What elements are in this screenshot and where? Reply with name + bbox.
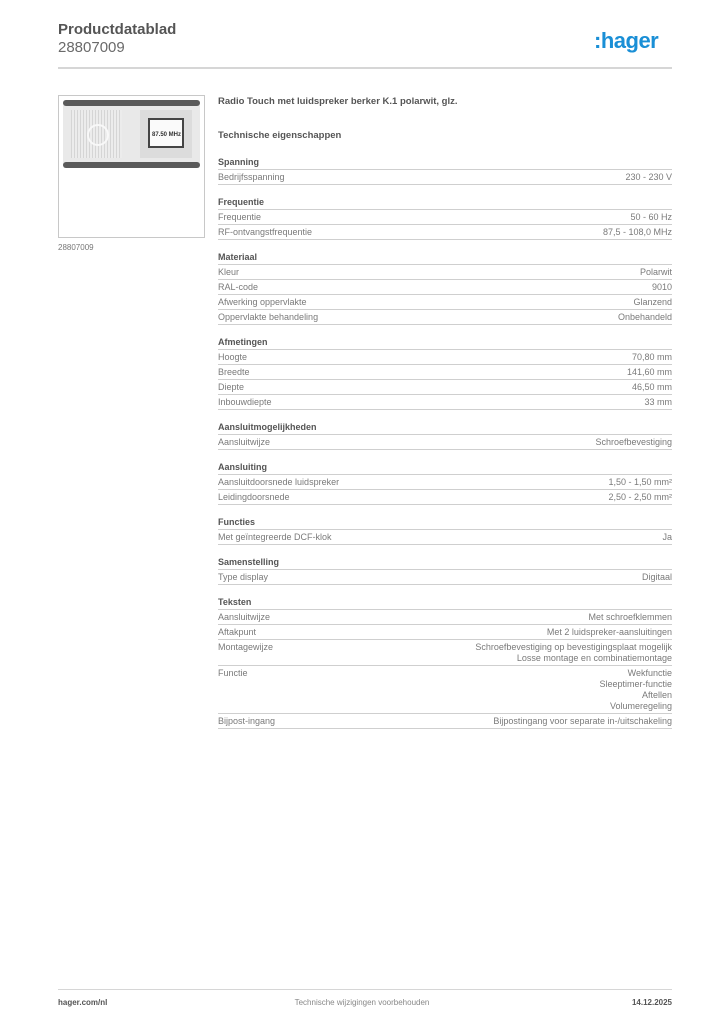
spec-value-line: Met schroefklemmen — [588, 612, 672, 623]
radio-unit-icon: 87.50 MHz — [140, 110, 192, 158]
spec-label: Aansluitwijze — [218, 612, 270, 623]
product-number: 28807009 — [58, 39, 125, 57]
speaker-grille-icon — [71, 110, 122, 158]
spec-value: 33 mm — [644, 397, 672, 408]
spec-label: Bedrijfsspanning — [218, 172, 285, 183]
spec-row: AansluitwijzeMet schroefklemmen — [218, 610, 672, 625]
spec-value-line: 70,80 mm — [632, 352, 672, 363]
spec-value-line: Polarwit — [640, 267, 672, 278]
spec-group-heading: Functies — [218, 515, 672, 530]
spec-row: Breedte141,60 mm — [218, 365, 672, 380]
header-divider — [58, 67, 672, 69]
spec-value-line: 1,50 - 1,50 mm² — [608, 477, 672, 488]
spec-value-line: 9010 — [652, 282, 672, 293]
spec-label: RF-ontvangstfrequentie — [218, 227, 312, 238]
spec-label: Aansluitdoorsnede luidspreker — [218, 477, 339, 488]
spec-value: WekfunctieSleeptimer-functieAftellenVolu… — [599, 668, 672, 712]
spec-label: Inbouwdiepte — [218, 397, 272, 408]
spec-value-line: Met 2 luidspreker-aansluitingen — [547, 627, 672, 638]
spec-row: Bijpost-ingangBijpostingang voor separat… — [218, 714, 672, 729]
spec-value-line: Aftellen — [599, 690, 672, 701]
spec-value: 70,80 mm — [632, 352, 672, 363]
spec-value-line: Sleeptimer-functie — [599, 679, 672, 690]
radio-display-frequency: 87.50 MHz — [152, 132, 181, 138]
speaker-ring-icon — [87, 124, 109, 146]
spec-value: Met 2 luidspreker-aansluitingen — [547, 627, 672, 638]
spec-value-line: 50 - 60 Hz — [630, 212, 672, 223]
spec-label: Met geïntegreerde DCF-klok — [218, 532, 332, 543]
spec-value-line: Losse montage en combinatiemontage — [475, 653, 672, 664]
hager-logo: :hager — [594, 29, 658, 53]
spec-value-line: 2,50 - 2,50 mm² — [608, 492, 672, 503]
spec-group-heading: Afmetingen — [218, 335, 672, 350]
spec-label: Aftakpunt — [218, 627, 256, 638]
spec-row: RF-ontvangstfrequentie87,5 - 108,0 MHz — [218, 225, 672, 240]
spec-value: 230 - 230 V — [625, 172, 672, 183]
spec-group: MateriaalKleurPolarwitRAL-code9010Afwerk… — [218, 250, 672, 325]
spec-label: Aansluitwijze — [218, 437, 270, 448]
spec-content: Radio Touch met luidspreker berker K.1 p… — [218, 95, 672, 729]
footer-date: 14.12.2025 — [632, 998, 672, 1007]
product-image: 87.50 MHz — [58, 95, 205, 238]
spec-value-line: Ja — [662, 532, 672, 543]
radio-display: 87.50 MHz — [148, 118, 184, 148]
spec-row: Afwerking oppervlakteGlanzend — [218, 295, 672, 310]
spec-row: Bedrijfsspanning230 - 230 V — [218, 170, 672, 185]
spec-value: Onbehandeld — [618, 312, 672, 323]
spec-label: Leidingdoorsnede — [218, 492, 290, 503]
spec-label: Kleur — [218, 267, 239, 278]
spec-label: Oppervlakte behandeling — [218, 312, 318, 323]
spec-value: 2,50 - 2,50 mm² — [608, 492, 672, 503]
spec-label: Bijpost-ingang — [218, 716, 275, 727]
spec-row: RAL-code9010 — [218, 280, 672, 295]
spec-value: Bijpostingang voor separate in-/uitschak… — [493, 716, 672, 727]
spec-group-heading: Materiaal — [218, 250, 672, 265]
spec-label: Montagewijze — [218, 642, 273, 664]
spec-value-line: Digitaal — [642, 572, 672, 583]
spec-group: FunctiesMet geïntegreerde DCF-klokJa — [218, 515, 672, 545]
footer-disclaimer: Technische wijzigingen voorbehouden — [0, 998, 724, 1007]
spec-value: Met schroefklemmen — [588, 612, 672, 623]
spec-value-line: Schroefbevestiging op bevestigingsplaat … — [475, 642, 672, 653]
section-title: Technische eigenschappen — [218, 129, 672, 143]
footer-divider — [58, 989, 672, 990]
spec-row: Leidingdoorsnede2,50 - 2,50 mm² — [218, 490, 672, 505]
spec-label: Diepte — [218, 382, 244, 393]
spec-group: AansluitingAansluitdoorsnede luidspreker… — [218, 460, 672, 505]
spec-value: 9010 — [652, 282, 672, 293]
spec-group-heading: Spanning — [218, 155, 672, 170]
spec-value: Glanzend — [633, 297, 672, 308]
spec-value-line: Volumeregeling — [599, 701, 672, 712]
spec-label: Frequentie — [218, 212, 261, 223]
spec-label: Hoogte — [218, 352, 247, 363]
spec-group: TekstenAansluitwijzeMet schroefklemmenAf… — [218, 595, 672, 729]
spec-value: Digitaal — [642, 572, 672, 583]
spec-label: Functie — [218, 668, 248, 712]
spec-row: AftakpuntMet 2 luidspreker-aansluitingen — [218, 625, 672, 640]
frame-bar-top — [63, 100, 200, 106]
spec-group: FrequentieFrequentie50 - 60 HzRF-ontvang… — [218, 195, 672, 240]
spec-row: FunctieWekfunctieSleeptimer-functieAftel… — [218, 666, 672, 714]
spec-value: Polarwit — [640, 267, 672, 278]
spec-group: AfmetingenHoogte70,80 mmBreedte141,60 mm… — [218, 335, 672, 410]
spec-row: Type displayDigitaal — [218, 570, 672, 585]
spec-value: Schroefbevestiging op bevestigingsplaat … — [475, 642, 672, 664]
spec-value-line: 141,60 mm — [627, 367, 672, 378]
product-image-caption: 28807009 — [58, 243, 94, 252]
spec-group-heading: Frequentie — [218, 195, 672, 210]
spec-label: RAL-code — [218, 282, 258, 293]
spec-value: 87,5 - 108,0 MHz — [603, 227, 672, 238]
spec-group-heading: Teksten — [218, 595, 672, 610]
spec-value-line: 87,5 - 108,0 MHz — [603, 227, 672, 238]
spec-label: Breedte — [218, 367, 250, 378]
spec-value-line: Schroefbevestiging — [595, 437, 672, 448]
spec-groups: SpanningBedrijfsspanning230 - 230 VFrequ… — [218, 155, 672, 729]
spec-value-line: Glanzend — [633, 297, 672, 308]
spec-label: Afwerking oppervlakte — [218, 297, 307, 308]
document-title: Productdatablad — [58, 21, 176, 39]
spec-value-line: 46,50 mm — [632, 382, 672, 393]
spec-row: AansluitwijzeSchroefbevestiging — [218, 435, 672, 450]
spec-row: Met geïntegreerde DCF-klokJa — [218, 530, 672, 545]
spec-value: Ja — [662, 532, 672, 543]
spec-row: KleurPolarwit — [218, 265, 672, 280]
spec-value-line: Bijpostingang voor separate in-/uitschak… — [493, 716, 672, 727]
device-illustration: 87.50 MHz — [63, 100, 200, 168]
spec-group-heading: Aansluitmogelijkheden — [218, 420, 672, 435]
spec-row: Diepte46,50 mm — [218, 380, 672, 395]
spec-value: Schroefbevestiging — [595, 437, 672, 448]
spec-value-line: Onbehandeld — [618, 312, 672, 323]
spec-value: 50 - 60 Hz — [630, 212, 672, 223]
spec-group-heading: Aansluiting — [218, 460, 672, 475]
spec-value: 141,60 mm — [627, 367, 672, 378]
spec-value: 46,50 mm — [632, 382, 672, 393]
spec-value: 1,50 - 1,50 mm² — [608, 477, 672, 488]
spec-label: Type display — [218, 572, 268, 583]
spec-row: Aansluitdoorsnede luidspreker1,50 - 1,50… — [218, 475, 672, 490]
spec-row: Oppervlakte behandelingOnbehandeld — [218, 310, 672, 325]
spec-value-line: 33 mm — [644, 397, 672, 408]
spec-row: Hoogte70,80 mm — [218, 350, 672, 365]
spec-group: SpanningBedrijfsspanning230 - 230 V — [218, 155, 672, 185]
spec-group-heading: Samenstelling — [218, 555, 672, 570]
spec-group: SamenstellingType displayDigitaal — [218, 555, 672, 585]
spec-row: Inbouwdiepte33 mm — [218, 395, 672, 410]
frame-bar-bottom — [63, 162, 200, 168]
spec-row: MontagewijzeSchroefbevestiging op bevest… — [218, 640, 672, 666]
spec-row: Frequentie50 - 60 Hz — [218, 210, 672, 225]
spec-value-line: 230 - 230 V — [625, 172, 672, 183]
spec-value-line: Wekfunctie — [599, 668, 672, 679]
spec-group: AansluitmogelijkhedenAansluitwijzeSchroe… — [218, 420, 672, 450]
product-name: Radio Touch met luidspreker berker K.1 p… — [218, 95, 672, 109]
